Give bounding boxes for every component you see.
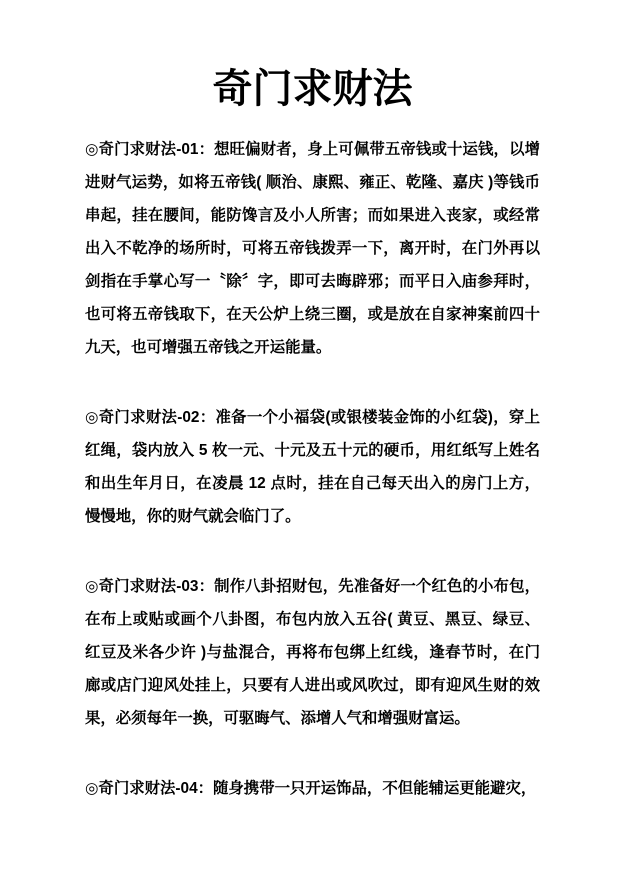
paragraph-method-02: ◎奇门求财法-02：准备一个小福袋(或银楼装金饰的小红袋)，穿上红绳，袋内放入 … — [85, 401, 540, 533]
paragraph-method-01: ◎奇门求财法-01：想旺偏财者，身上可佩带五帝钱或十运钱，以增进财气运势，如将五… — [85, 133, 540, 364]
page-title: 奇门求财法 — [85, 64, 540, 114]
paragraph-method-04: ◎奇门求财法-04：随身携带一只开运饰品，不但能辅运更能避灾， — [85, 772, 540, 805]
paragraph-method-03: ◎奇门求财法-03：制作八卦招财包，先准备好一个红色的小布包，在布上或贴或画个八… — [85, 570, 540, 735]
document-page: 奇门求财法 ◎奇门求财法-01：想旺偏财者，身上可佩带五帝钱或十运钱，以增进财气… — [0, 0, 624, 884]
